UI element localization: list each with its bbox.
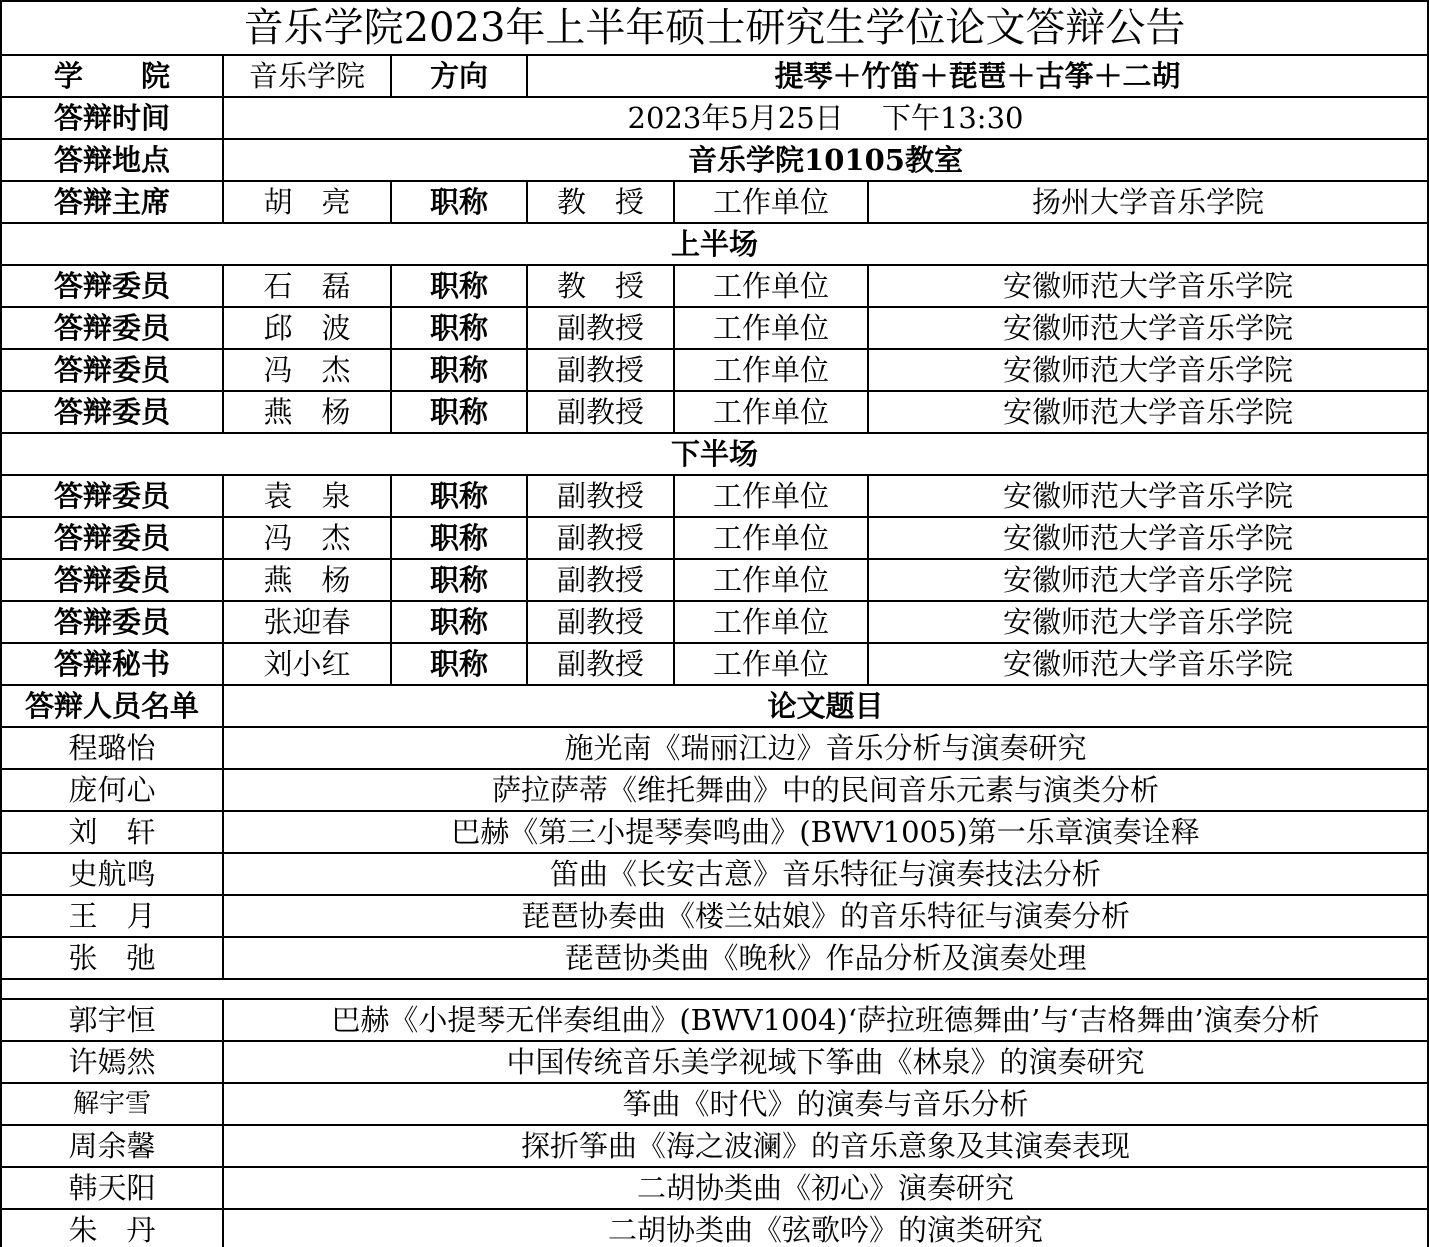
member-unit-value: 安徽师范大学音乐学院 [868,475,1428,517]
spacer-cell [1,979,1428,999]
member-unit-value: 安徽师范大学音乐学院 [868,517,1428,559]
candidate-row: 庞何心萨拉萨蒂《维托舞曲》中的民间音乐元素与演类分析 [1,769,1428,811]
candidate-row: 许嫣然中国传统音乐美学视域下筝曲《林泉》的演奏研究 [1,1041,1428,1083]
college-value: 音乐学院 [223,55,391,97]
direction-value: 提琴＋竹笛＋琵琶＋古筝＋二胡 [527,55,1428,97]
candidates-header-name: 答辩人员名单 [1,685,223,727]
thesis-topic: 琵琶协奏曲《楼兰姑娘》的音乐特征与演奏分析 [223,895,1428,937]
committee-member-row: 答辩委员燕 杨职称副教授工作单位安徽师范大学音乐学院 [1,391,1428,433]
defense-announcement-sheet: 音乐学院2023年上半年硕士研究生学位论文答辩公告 学 院 音乐学院 方向 提琴… [0,0,1427,1247]
thesis-topic: 巴赫《小提琴无伴奏组曲》(BWV1004)‘萨拉班德舞曲’与‘吉格舞曲’演奏分析 [223,999,1428,1041]
thesis-topic: 探折筝曲《海之波澜》的音乐意象及其演奏表现 [223,1125,1428,1167]
direction-label: 方向 [391,55,527,97]
member-name: 燕 杨 [223,391,391,433]
member-unit-value: 安徽师范大学音乐学院 [868,307,1428,349]
member-role: 答辩委员 [1,517,223,559]
candidate-row: 史航鸣笛曲《长安古意》音乐特征与演奏技法分析 [1,853,1428,895]
member-name: 张迎春 [223,601,391,643]
member-unit-value: 安徽师范大学音乐学院 [868,391,1428,433]
member-unit-value: 安徽师范大学音乐学院 [868,643,1428,685]
member-name: 邱 波 [223,307,391,349]
committee-member-row: 答辩秘书刘小红职称副教授工作单位安徽师范大学音乐学院 [1,643,1428,685]
member-name: 袁 泉 [223,475,391,517]
first-half-heading-row: 上半场 [1,223,1428,265]
member-unit-label: 工作单位 [674,349,868,391]
member-name: 燕 杨 [223,559,391,601]
college-label: 学 院 [1,55,223,97]
committee-member-row: 答辩委员邱 波职称副教授工作单位安徽师范大学音乐学院 [1,307,1428,349]
member-role: 答辩委员 [1,391,223,433]
chair-row: 答辩主席 胡 亮 职称 教 授 工作单位 扬州大学音乐学院 [1,181,1428,223]
committee-member-row: 答辩委员张迎春职称副教授工作单位安徽师范大学音乐学院 [1,601,1428,643]
candidate-name: 许嫣然 [1,1041,223,1083]
member-title-label: 职称 [391,307,527,349]
thesis-topic: 萨拉萨蒂《维托舞曲》中的民间音乐元素与演类分析 [223,769,1428,811]
place-value: 音乐学院10105教室 [223,139,1428,181]
thesis-topic: 巴赫《第三小提琴奏鸣曲》(BWV1005)第一乐章演奏诠释 [223,811,1428,853]
time-value: 2023年5月25日 下午13:30 [223,97,1428,139]
thesis-topic: 中国传统音乐美学视域下筝曲《林泉》的演奏研究 [223,1041,1428,1083]
member-name: 石 磊 [223,265,391,307]
committee-member-row: 答辩委员袁 泉职称副教授工作单位安徽师范大学音乐学院 [1,475,1428,517]
member-role: 答辩委员 [1,349,223,391]
candidate-row: 解宇雪筝曲《时代》的演奏与音乐分析 [1,1083,1428,1125]
member-name: 冯 杰 [223,349,391,391]
announcement-table: 音乐学院2023年上半年硕士研究生学位论文答辩公告 学 院 音乐学院 方向 提琴… [0,0,1429,1247]
committee-member-row: 答辩委员石 磊职称教 授工作单位安徽师范大学音乐学院 [1,265,1428,307]
member-unit-label: 工作单位 [674,307,868,349]
member-unit-value: 安徽师范大学音乐学院 [868,349,1428,391]
member-title-value: 教 授 [527,265,674,307]
member-title-label: 职称 [391,265,527,307]
chair-unit-value: 扬州大学音乐学院 [868,181,1428,223]
member-title-label: 职称 [391,349,527,391]
candidate-row: 张 弛琵琶协类曲《晚秋》作品分析及演奏处理 [1,937,1428,979]
member-role: 答辩委员 [1,475,223,517]
member-role: 答辩委员 [1,559,223,601]
member-unit-label: 工作单位 [674,517,868,559]
candidates-header-topic: 论文题目 [223,685,1428,727]
member-title-value: 副教授 [527,517,674,559]
thesis-topic: 筝曲《时代》的演奏与音乐分析 [223,1083,1428,1125]
candidate-name: 程璐怡 [1,727,223,769]
time-row: 答辩时间 2023年5月25日 下午13:30 [1,97,1428,139]
member-title-label: 职称 [391,559,527,601]
thesis-topic: 二胡协类曲《弦歌吟》的演类研究 [223,1209,1428,1247]
member-title-label: 职称 [391,643,527,685]
candidate-row: 周余馨探折筝曲《海之波澜》的音乐意象及其演奏表现 [1,1125,1428,1167]
candidate-name: 史航鸣 [1,853,223,895]
member-unit-value: 安徽师范大学音乐学院 [868,559,1428,601]
member-role: 答辩委员 [1,307,223,349]
member-title-label: 职称 [391,391,527,433]
candidate-name: 韩天阳 [1,1167,223,1209]
member-title-value: 副教授 [527,601,674,643]
member-role: 答辩委员 [1,601,223,643]
candidate-name: 解宇雪 [1,1083,223,1125]
candidate-row: 韩天阳二胡协类曲《初心》演奏研究 [1,1167,1428,1209]
candidates-header-row: 答辩人员名单 论文题目 [1,685,1428,727]
college-row: 学 院 音乐学院 方向 提琴＋竹笛＋琵琶＋古筝＋二胡 [1,55,1428,97]
member-role: 答辩委员 [1,265,223,307]
member-role: 答辩秘书 [1,643,223,685]
first-half-heading: 上半场 [1,223,1428,265]
chair-title-label: 职称 [391,181,527,223]
candidate-name: 王 月 [1,895,223,937]
candidate-row: 程璐怡施光南《瑞丽江边》音乐分析与演奏研究 [1,727,1428,769]
candidate-name: 刘 轩 [1,811,223,853]
spacer-row [1,979,1428,999]
committee-member-row: 答辩委员冯 杰职称副教授工作单位安徽师范大学音乐学院 [1,349,1428,391]
time-label: 答辩时间 [1,97,223,139]
member-name: 冯 杰 [223,517,391,559]
member-name: 刘小红 [223,643,391,685]
member-title-value: 副教授 [527,349,674,391]
candidate-name: 朱 丹 [1,1209,223,1247]
member-unit-label: 工作单位 [674,475,868,517]
page-title: 音乐学院2023年上半年硕士研究生学位论文答辩公告 [1,1,1428,55]
member-title-value: 副教授 [527,475,674,517]
candidate-row: 王 月琵琶协奏曲《楼兰姑娘》的音乐特征与演奏分析 [1,895,1428,937]
candidate-name: 庞何心 [1,769,223,811]
candidate-name: 周余馨 [1,1125,223,1167]
chair-role: 答辩主席 [1,181,223,223]
candidate-row: 朱 丹二胡协类曲《弦歌吟》的演类研究 [1,1209,1428,1247]
thesis-topic: 二胡协类曲《初心》演奏研究 [223,1167,1428,1209]
member-title-label: 职称 [391,517,527,559]
candidate-row: 刘 轩巴赫《第三小提琴奏鸣曲》(BWV1005)第一乐章演奏诠释 [1,811,1428,853]
thesis-topic: 施光南《瑞丽江边》音乐分析与演奏研究 [223,727,1428,769]
member-unit-label: 工作单位 [674,643,868,685]
committee-member-row: 答辩委员燕 杨职称副教授工作单位安徽师范大学音乐学院 [1,559,1428,601]
member-title-value: 副教授 [527,391,674,433]
member-unit-value: 安徽师范大学音乐学院 [868,601,1428,643]
member-unit-label: 工作单位 [674,391,868,433]
member-title-value: 副教授 [527,307,674,349]
member-unit-label: 工作单位 [674,265,868,307]
thesis-topic: 笛曲《长安古意》音乐特征与演奏技法分析 [223,853,1428,895]
candidate-name: 张 弛 [1,937,223,979]
member-title-label: 职称 [391,601,527,643]
member-title-value: 副教授 [527,559,674,601]
committee-member-row: 答辩委员冯 杰职称副教授工作单位安徽师范大学音乐学院 [1,517,1428,559]
thesis-topic: 琵琶协类曲《晚秋》作品分析及演奏处理 [223,937,1428,979]
member-unit-label: 工作单位 [674,559,868,601]
chair-name: 胡 亮 [223,181,391,223]
chair-unit-label: 工作单位 [674,181,868,223]
member-title-value: 副教授 [527,643,674,685]
candidate-row: 郭宇恒巴赫《小提琴无伴奏组曲》(BWV1004)‘萨拉班德舞曲’与‘吉格舞曲’演… [1,999,1428,1041]
member-title-label: 职称 [391,475,527,517]
candidate-name: 郭宇恒 [1,999,223,1041]
place-row: 答辩地点 音乐学院10105教室 [1,139,1428,181]
place-label: 答辩地点 [1,139,223,181]
member-unit-value: 安徽师范大学音乐学院 [868,265,1428,307]
second-half-heading-row: 下半场 [1,433,1428,475]
second-half-heading: 下半场 [1,433,1428,475]
title-row: 音乐学院2023年上半年硕士研究生学位论文答辩公告 [1,1,1428,55]
member-unit-label: 工作单位 [674,601,868,643]
chair-title-value: 教 授 [527,181,674,223]
